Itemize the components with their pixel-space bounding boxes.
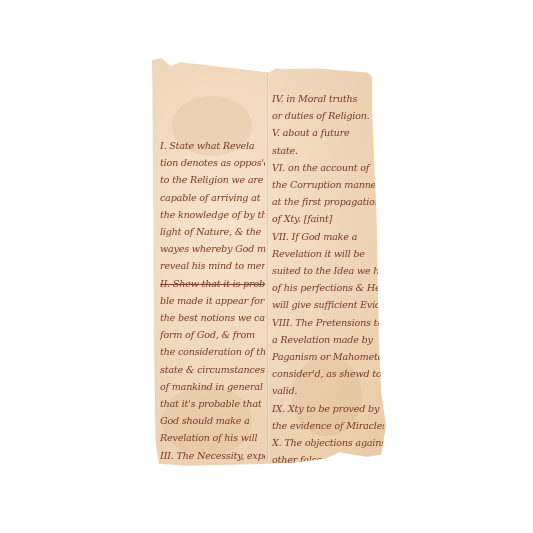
manuscript-line: the consideration of the — [160, 344, 265, 361]
paper-fold-line — [267, 64, 269, 462]
manuscript-line: X. not against Xty. — [272, 504, 384, 521]
manuscript-line: reveal his mind to men. — [160, 258, 265, 275]
manuscript-line: at the first propagation — [272, 194, 384, 211]
manuscript-line: in the nature of God — [160, 516, 265, 533]
manuscript-line: of mankind in general — [160, 379, 265, 396]
manuscript-line: III. The Necessity, expe — [160, 448, 265, 465]
manuscript-line: IX. Xty to be proved by — [272, 401, 384, 418]
manuscript-line: God should make a — [160, 413, 265, 430]
manuscript-line: tion denotes as oppos'd — [160, 155, 265, 172]
manuscript-line-struck: II. Shew that it is proba — [160, 276, 265, 293]
manuscript-line: Revelation of his will — [160, 430, 265, 447]
manuscript-line: valid. — [272, 383, 384, 400]
manuscript-leaf: I. State what Revela tion denotes as opp… — [152, 56, 386, 467]
manuscript-line: the evidence of Miracles. — [272, 418, 384, 435]
manuscript-line: the knowledge of by the — [160, 207, 265, 224]
manuscript-line: light of Nature, & the — [160, 224, 265, 241]
manuscript-line: capable of arriving at — [160, 190, 265, 207]
manuscript-line: VI. on the account of — [272, 160, 384, 177]
manuscript-line: consider'd, as shewd to be in — [272, 366, 384, 383]
manuscript-line: IV. in Moral truths — [272, 91, 384, 108]
manuscript-line: ance of Mankind — [160, 499, 265, 516]
manuscript-line: Paganism or Mahometanism — [272, 349, 384, 366]
manuscript-line: other false pretenders to Reve — [272, 452, 384, 469]
manuscript-line: Revelation it will be — [272, 246, 384, 263]
manuscript-line: VIII. The Pretensions to — [272, 315, 384, 332]
manuscript-line: ble made it appear for — [160, 293, 265, 310]
manuscript-line: the best notions we can — [160, 310, 265, 327]
manuscript-line: form of God, & from — [160, 327, 265, 344]
manuscript-line: a Revelation made by — [272, 332, 384, 349]
manuscript-line: of Xty. [faint] — [272, 211, 384, 228]
manuscript-line: Judaism. — [272, 487, 384, 504]
manuscript-line: suited to the Idea we have — [272, 263, 384, 280]
manuscript-line: a Revelation on the Appe — [160, 482, 265, 499]
left-column-text: I. State what Revela tion denotes as opp… — [160, 138, 265, 533]
manuscript-line: that it's probable that — [160, 396, 265, 413]
manuscript-line: or duties of Religion. — [272, 108, 384, 125]
manuscript-line: dition & expediency of — [160, 465, 265, 482]
manuscript-line: state & circumstances — [160, 362, 265, 379]
manuscript-line: will give sufficient Evidence — [272, 297, 384, 314]
manuscript-line: X. The objections against — [272, 435, 384, 452]
manuscript-line: state. — [272, 143, 384, 160]
manuscript-line: to the Religion we are — [160, 172, 265, 189]
manuscript-line: of his perfections & He — [272, 280, 384, 297]
manuscript-line: I. State what Revela — [160, 138, 265, 155]
manuscript-line: wayes whereby God may — [160, 241, 265, 258]
manuscript-line: lation do not hold against — [272, 469, 384, 486]
manuscript-line: the Corruption manners — [272, 177, 384, 194]
manuscript-line: V. about a future — [272, 125, 384, 142]
manuscript-line: VII. If God make a — [272, 229, 384, 246]
right-column-text: IV. in Moral truths or duties of Religio… — [272, 91, 384, 521]
